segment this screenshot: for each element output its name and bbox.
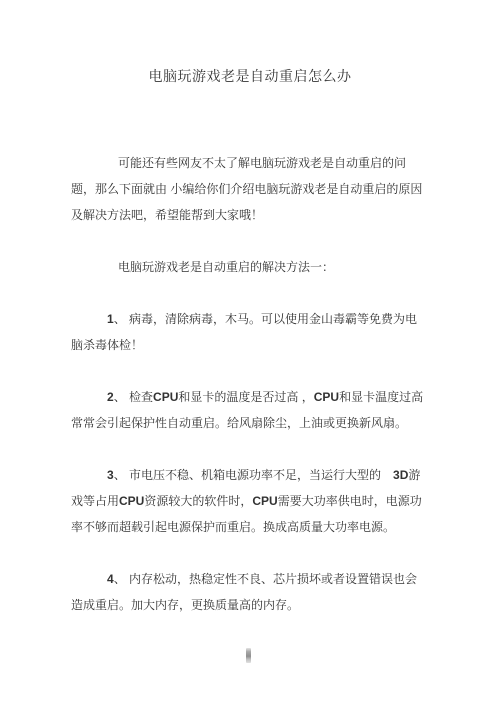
solution-item-4: 4、 内存松动，热稳定性不良、芯片损坏或者设置错误也会造成重启。加大内存，更换质…	[71, 566, 429, 618]
solution-item-3: 3、 市电压不稳、机箱电源功率不足，当运行大型的 3D游戏等占用CPU资源较大的…	[71, 462, 429, 540]
document-page: 电脑玩游戏老是自动重启怎么办 可能还有些网友不太了解电脑玩游戏老是自动重启的问题…	[0, 0, 500, 708]
page-marker-icon	[246, 648, 251, 663]
solution-item-1: 1、 病毒，清除病毒，木马。可以使用金山毒霸等免费为电脑杀毒体检！	[71, 306, 429, 358]
article-body: 可能还有些网友不太了解电脑玩游戏老是自动重启的问题，那么下面就由 小编给你们介绍…	[71, 150, 429, 618]
article-title: 电脑玩游戏老是自动重启怎么办	[0, 0, 500, 88]
solution-item-2: 2、 检查CPU和显卡的温度是否过高 ，CPU和显卡温度过高常常会引起保护性自动…	[71, 384, 429, 436]
intro-paragraph: 可能还有些网友不太了解电脑玩游戏老是自动重启的问题，那么下面就由 小编给你们介绍…	[71, 150, 429, 228]
section-heading: 电脑玩游戏老是自动重启的解决方法一：	[71, 254, 429, 280]
